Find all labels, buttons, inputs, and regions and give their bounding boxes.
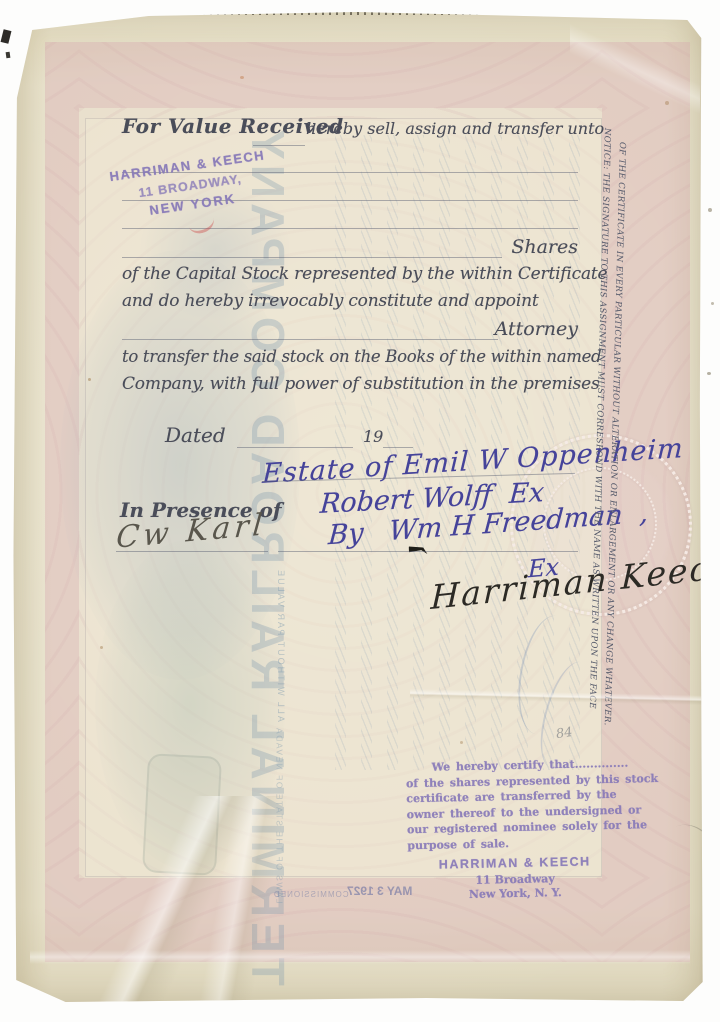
dated-line xyxy=(237,447,353,448)
perforated-edge xyxy=(14,8,700,15)
dated-label: Dated xyxy=(165,423,226,447)
foxing-speck xyxy=(88,378,91,381)
dust-speck xyxy=(711,302,714,305)
edge-ink-mark xyxy=(1,29,12,44)
ghost-cartouche xyxy=(142,753,222,876)
year-prefix: 19 xyxy=(363,427,383,446)
scanned-document-background: TERMINAL RAILROAD COMPANY ALL WITHOUT PA… xyxy=(0,0,720,1022)
ghost-par-value: ALL WITHOUT PAR VALUE xyxy=(268,560,294,730)
ghost-commission-word: COMMISSIONED xyxy=(273,882,349,901)
broker-stamp-firm: HARRIMAN & KEECH xyxy=(408,854,622,872)
foxing-speck xyxy=(240,76,244,79)
edge-ink-mark xyxy=(6,52,11,58)
dust-speck xyxy=(708,208,712,212)
dust-speck xyxy=(707,372,711,375)
foxing-speck xyxy=(665,101,669,105)
pencil-note: 84 xyxy=(555,725,573,742)
shares-label: Shares xyxy=(410,236,578,258)
foxing-speck xyxy=(100,646,103,649)
fill-in-line xyxy=(253,145,305,146)
clause-transfer-books: to transfer the said stock on the Books … xyxy=(122,347,601,366)
ghost-date-stamp: MAY 3 1927 xyxy=(347,880,412,899)
broker-stamp-bottom: We hereby certify that.............. of … xyxy=(406,756,623,902)
stock-certificate-back: TERMINAL RAILROAD COMPANY ALL WITHOUT PA… xyxy=(10,6,704,1006)
signer-line xyxy=(278,551,578,552)
clause-substitution: Company, with full power of substitution… xyxy=(122,374,600,394)
ghost-state-line: LAWS OF THE STATE OF NEVADA xyxy=(266,730,292,900)
clause-capital-stock: of the Capital Stock represented by the … xyxy=(122,264,607,284)
foxing-speck xyxy=(460,741,463,744)
witness-line xyxy=(116,551,268,552)
year-line xyxy=(383,447,413,448)
transfer-clause: hereby sell, assign and transfer unto xyxy=(306,119,604,138)
attorney-label: Attorney xyxy=(410,318,578,340)
clause-appoint: and do hereby irrevocably constitute and… xyxy=(122,291,538,311)
